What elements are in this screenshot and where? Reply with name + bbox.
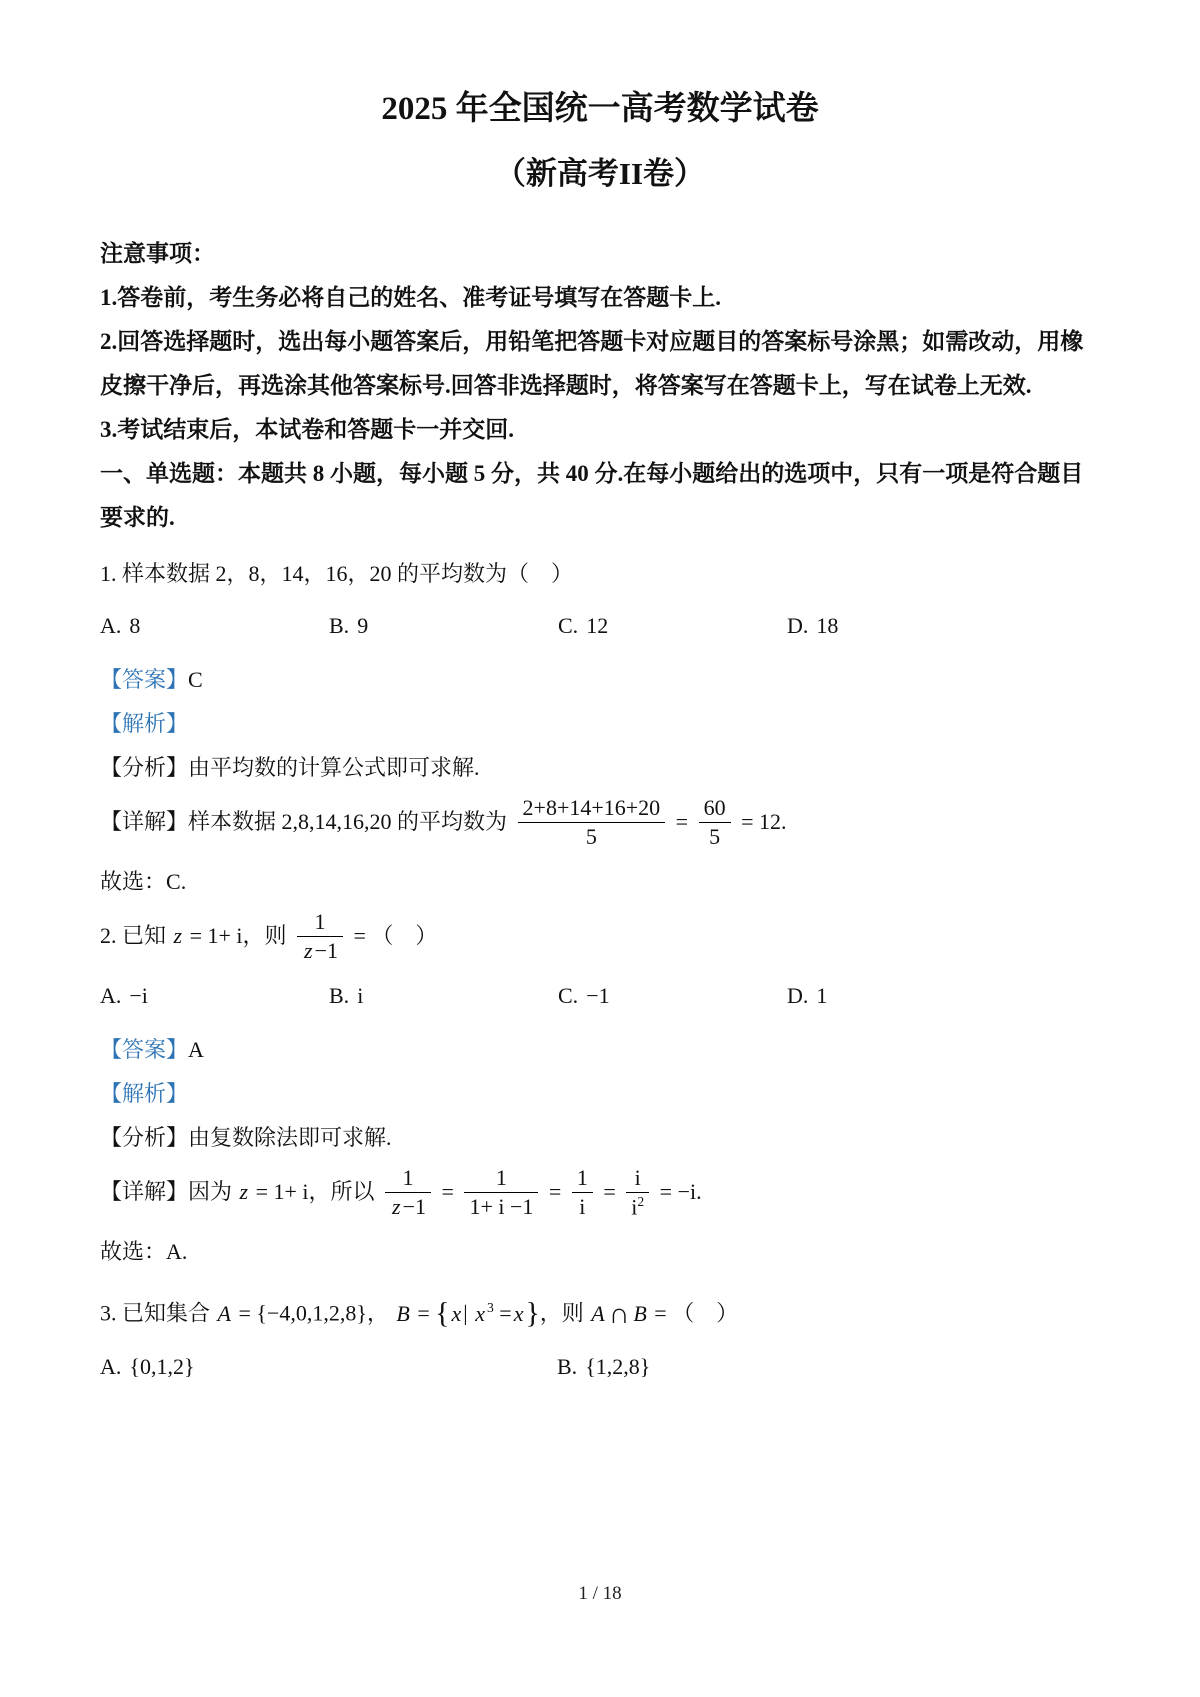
q2-option-c: C.−1	[558, 974, 787, 1018]
notice-item-3: 3.考试结束后，本试卷和答题卡一并交回.	[100, 408, 1100, 452]
option-key: C.	[558, 983, 578, 1008]
q1-answer-line: 【答案】C	[100, 658, 1100, 702]
q3-option-b: B.{1,2,8}	[557, 1345, 650, 1389]
equals-sign: =	[442, 1179, 454, 1204]
exam-document-page: 2025 年全国统一高考数学试卷 （新高考II卷） 注意事项： 1.答卷前，考生…	[0, 0, 1200, 1697]
q2-options: A.−i B.i C.−1 D.1	[100, 974, 1100, 1018]
q1-analysis-text: 由平均数的计算公式即可求解.	[188, 755, 480, 780]
variable-z: z	[390, 1194, 403, 1219]
option-key: A.	[100, 613, 121, 638]
option-value: −1	[586, 983, 609, 1008]
option-key: B.	[329, 613, 349, 638]
q2-detail-line: 【详解】因为 z = 1+ i，所以 1z−1 = 11+ i −1 = 1i …	[100, 1166, 1100, 1222]
option-key: C.	[558, 613, 578, 638]
q2-given: = 1+ i	[190, 923, 243, 948]
fraction: 605	[699, 794, 731, 850]
page-number: 1 / 18	[0, 1583, 1200, 1605]
notice-heading: 注意事项：	[100, 232, 1100, 276]
variable-z: z	[172, 923, 185, 948]
exponent: 3	[487, 1300, 494, 1315]
q1-option-b: B.9	[329, 604, 558, 648]
fraction: 1z−1	[385, 1164, 431, 1220]
q2-analysis-text: 由复数除法即可求解.	[188, 1125, 392, 1150]
option-key: B.	[329, 983, 349, 1008]
q1-option-d: D.18	[787, 604, 838, 648]
q2-choose-line: 故选：A.	[100, 1230, 1100, 1274]
section-heading: 一、单选题：本题共 8 小题，每小题 5 分，共 40 分.在每小题给出的选项中…	[100, 452, 1100, 540]
q1-options: A.8 B.9 C.12 D.18	[100, 604, 1100, 648]
option-key: D.	[787, 613, 808, 638]
set-A: A	[589, 1301, 606, 1326]
option-value: −i	[129, 983, 148, 1008]
option-key: A.	[100, 1354, 121, 1379]
numerator: i	[626, 1164, 649, 1193]
answer-label: 【答案】	[100, 1037, 188, 1062]
q3-options: A.{0,1,2} B.{1,2,8}	[100, 1345, 1100, 1389]
option-value: 18	[816, 613, 838, 638]
explain-label: 【解析】	[100, 1081, 188, 1106]
equals-sign: =	[417, 1301, 429, 1326]
variable-z: z	[302, 938, 315, 963]
q2-answer-line: 【答案】A	[100, 1028, 1100, 1072]
q2-option-d: D.1	[787, 974, 827, 1018]
q2-then: ，则	[243, 923, 287, 948]
q1-analysis-line: 【分析】由平均数的计算公式即可求解.	[100, 746, 1100, 790]
notice-item-1: 1.答卷前，考生务必将自己的姓名、准考证号填写在答题卡上.	[100, 276, 1100, 320]
result: = −i.	[660, 1179, 702, 1204]
option-value: {1,2,8}	[585, 1354, 650, 1379]
option-value: {0,1,2}	[129, 1354, 194, 1379]
q1-option-c: C.12	[558, 604, 787, 648]
exponent: 2	[637, 1194, 644, 1209]
fraction: 11+ i −1	[464, 1164, 538, 1220]
analysis-label: 【分析】	[100, 755, 188, 780]
fraction: 1i	[572, 1164, 593, 1220]
option-value: 1	[816, 983, 827, 1008]
numerator: 1	[464, 1164, 538, 1193]
analysis-label: 【分析】	[100, 1125, 188, 1150]
numerator: 1	[572, 1164, 593, 1193]
option-key: D.	[787, 983, 808, 1008]
denominator: 5	[699, 823, 731, 851]
page-title: 2025 年全国统一高考数学试卷	[100, 86, 1100, 132]
detail-label: 【详解】	[100, 809, 188, 834]
set-bar: |	[463, 1301, 467, 1326]
denominator: 1+ i −1	[464, 1193, 538, 1221]
q2-stem: 2. 已知 z = 1+ i，则 1z−1 = （ ）	[100, 910, 1100, 966]
q1-chosen: C.	[166, 869, 186, 894]
set-B: B	[631, 1301, 648, 1326]
option-key: A.	[100, 983, 121, 1008]
den-rest: −1	[403, 1194, 426, 1219]
answer-label: 【答案】	[100, 667, 188, 692]
q3-stem-prefix: 3. 已知集合	[100, 1301, 210, 1326]
page-content: 2025 年全国统一高考数学试卷 （新高考II卷） 注意事项： 1.答卷前，考生…	[0, 0, 1200, 1389]
q2-detail-given: = 1+ i	[256, 1179, 309, 1204]
denominator: z−1	[385, 1193, 431, 1221]
q2-analysis-line: 【分析】由复数除法即可求解.	[100, 1116, 1100, 1160]
q1-detail-line: 【详解】样本数据 2,8,14,16,20 的平均数为 2+8+14+16+20…	[100, 796, 1100, 852]
denominator: 5	[518, 823, 666, 851]
q2-chosen: A.	[166, 1239, 187, 1264]
q1-detail-text: 样本数据 2,8,14,16,20 的平均数为	[188, 809, 507, 834]
option-key: B.	[557, 1354, 577, 1379]
variable-x: x	[450, 1301, 464, 1326]
close-brace: }	[525, 1298, 539, 1330]
q2-answer: A	[188, 1037, 204, 1062]
q2-stem-prefix: 2. 已知	[100, 923, 166, 948]
set-A: A	[216, 1301, 233, 1326]
equals-sign: =	[499, 1301, 511, 1326]
q1-stem: 1. 样本数据 2，8，14，16，20 的平均数为（ ）	[100, 552, 1100, 596]
numerator: 1	[297, 908, 343, 937]
numerator: 2+8+14+16+20	[518, 794, 666, 823]
q3-stem: 3. 已知集合 A = {−4,0,1,2,8}， B = {x| x3 =x}…	[100, 1286, 1100, 1336]
q2-option-a: A.−i	[100, 974, 329, 1018]
option-value: 9	[357, 613, 368, 638]
fraction: 1z−1	[297, 908, 343, 964]
variable-x: x	[473, 1301, 487, 1326]
detail-label: 【详解】	[100, 1179, 188, 1204]
denominator: i2	[626, 1193, 649, 1221]
fraction: ii2	[626, 1164, 649, 1220]
variable-x: x	[512, 1301, 526, 1326]
q2-detail-so: ，所以	[309, 1179, 375, 1204]
equals-sign: =	[549, 1179, 561, 1204]
option-value: 8	[129, 613, 140, 638]
numerator: 60	[699, 794, 731, 823]
den-rest: −1	[315, 938, 338, 963]
equals-sign: =	[603, 1179, 615, 1204]
option-value: 12	[586, 613, 608, 638]
notice-item-2: 2.回答选择题时，选出每小题答案后，用铅笔把答题卡对应题目的答案标号涂黑；如需改…	[100, 320, 1100, 408]
choose-label: 故选：	[100, 1239, 166, 1264]
open-brace: {	[435, 1298, 449, 1330]
q2-option-b: B.i	[329, 974, 558, 1018]
result: = 12.	[741, 809, 786, 834]
choose-label: 故选：	[100, 869, 166, 894]
q3-option-a: A.{0,1,2}	[100, 1345, 557, 1389]
q1-explain-line: 【解析】	[100, 702, 1100, 746]
answer-blank: = （ ）	[354, 923, 438, 948]
q1-choose-line: 故选：C.	[100, 860, 1100, 904]
answer-blank: = （ ）	[654, 1301, 738, 1326]
numerator: 1	[385, 1164, 431, 1193]
q2-explain-line: 【解析】	[100, 1072, 1100, 1116]
set-A-def: = {−4,0,1,2,8}，	[238, 1301, 388, 1326]
variable-z: z	[238, 1179, 251, 1204]
q3-then: ，则	[540, 1301, 584, 1326]
q2-detail-because: 因为	[188, 1179, 232, 1204]
denominator: i	[572, 1193, 593, 1221]
q1-option-a: A.8	[100, 604, 329, 648]
explain-label: 【解析】	[100, 711, 188, 736]
fraction: 2+8+14+16+205	[518, 794, 666, 850]
set-B: B	[394, 1301, 411, 1326]
intersection-symbol: ∩	[607, 1299, 632, 1330]
page-subtitle: （新高考II卷）	[100, 152, 1100, 196]
option-value: i	[357, 983, 363, 1008]
denominator: z−1	[297, 937, 343, 965]
q1-answer: C	[188, 667, 203, 692]
equals-sign: =	[676, 809, 688, 834]
